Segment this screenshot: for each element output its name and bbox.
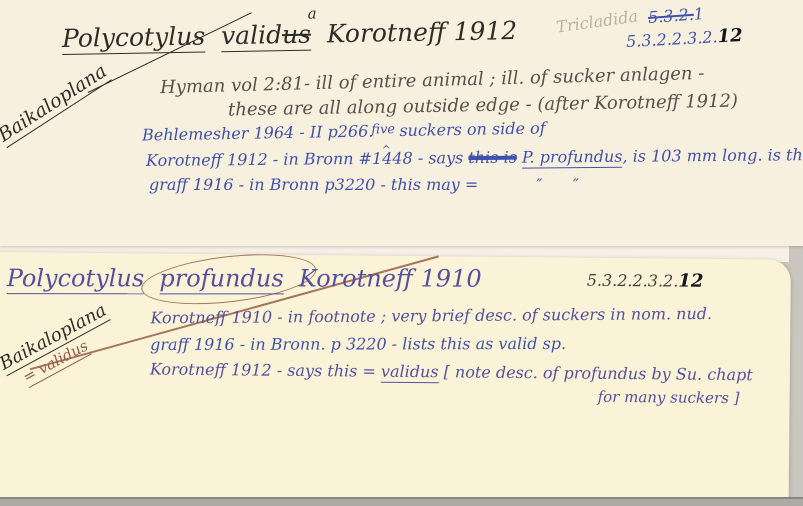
species-reference: validus [381,362,439,384]
note-korotneff-1910: Korotneff 1910 - in footnote ; very brie… [150,304,712,327]
card-validus: Baikaloplana Polycotylus validusa Korotn… [0,0,803,246]
catalog-code: 5.3.2.2.3.2.12 [626,25,744,52]
catalog-code-suffix: 12 [678,271,703,292]
margin-note-baikaloplana: Baikaloplana = validus [0,300,121,395]
catalog-code: 5.3.2.2.3.2.12 [587,270,704,292]
margin-note-baikaloplana: Baikaloplana [0,60,112,148]
ditto-marks: ″ ″ [536,175,578,194]
genus-name: Polycotylus [7,264,144,294]
species-reference: P. profundus [522,147,623,169]
catalog-code-suffix: 12 [717,25,743,47]
note-behlemesher: Behlemesher 1964 - II p266.five^suckers … [142,118,546,144]
species-name-corrected: validusa [221,20,311,53]
note-korotneff-1912: Korotneff 1912 - says this = validus [ n… [150,359,753,386]
note-graff-1916: graff 1916 - in Bronn p3220 - this may =… [149,175,579,194]
struck-species-ending: us [282,20,311,50]
genus-name: Polycotylus [62,21,206,54]
catalog-code-old: 5.3.2.1 [647,4,704,27]
species-name: profundus [159,264,283,294]
note-bracket-continuation: for many suckers ] [598,388,740,407]
author-citation: Korotneff 1910 [299,264,482,292]
superscript-correction: a [308,5,317,23]
note-hyman-line2: these are all along outside edge - (afte… [228,91,738,121]
scanner-edge [0,497,803,506]
card-profundus: Polycotylus profundus Korotneff 1910 5.3… [0,252,791,506]
note-korotneff-1912: Korotneff 1912 - in Bronn #1448 - says t… [146,145,803,172]
scribbled-out-text: this is [468,148,517,167]
note-graff-1916: graff 1916 - in Bronn. p 3220 - lists th… [150,334,566,354]
margin-note-text: Baikaloplana [0,60,112,148]
card-validus-title: Polycotylus validusa Korotneff 1912 [62,16,518,55]
author-citation: Korotneff 1912 [327,16,518,48]
inserted-word: five [371,122,395,137]
scanned-index-cards: Baikaloplana Polycotylus validusa Korotn… [0,0,803,506]
card-profundus-title: Polycotylus profundus Korotneff 1910 [7,264,482,294]
